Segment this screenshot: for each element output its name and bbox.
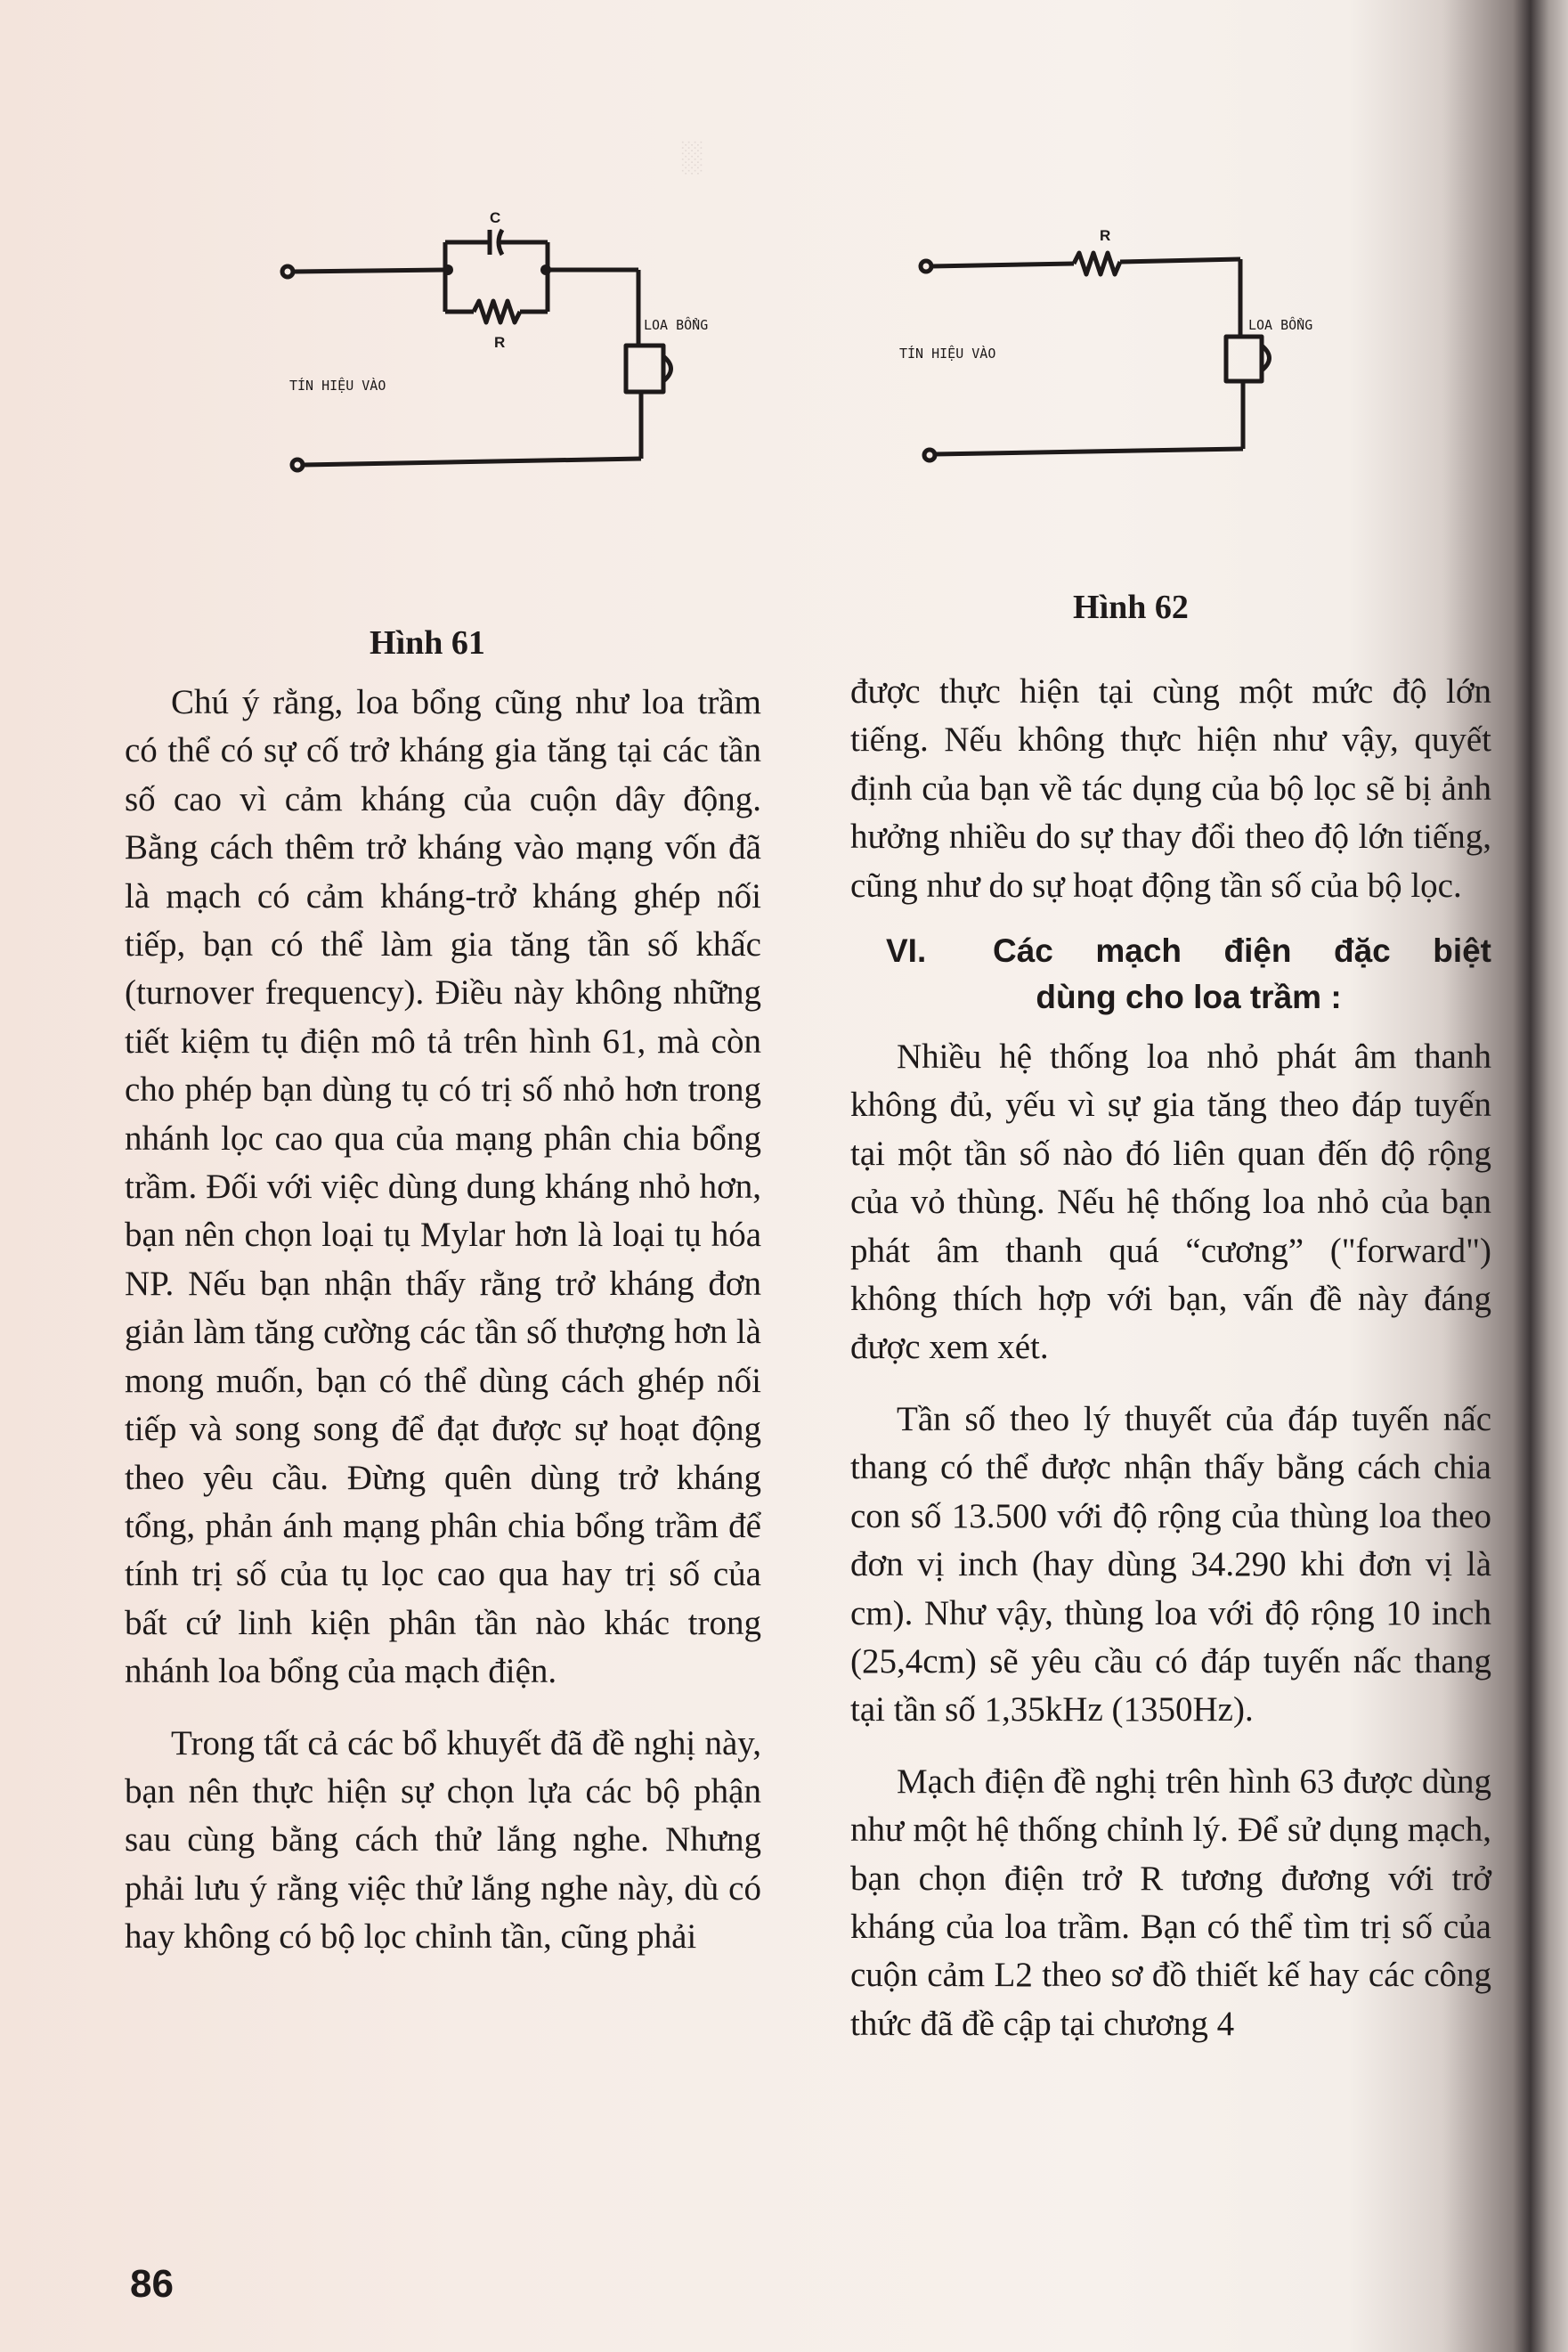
figure-62-diagram: R TÍN HIỆU VÀO LOA BỔNG <box>899 223 1345 490</box>
resistor-label: R <box>494 334 505 351</box>
paragraph: Chú ý rằng, loa bổng cũng như loa trầm c… <box>125 679 761 1697</box>
paragraph-continuation: được thực hiện tại cùng một mức độ lớn t… <box>850 668 1491 910</box>
right-column: được thực hiện tại cùng một mức độ lớn t… <box>850 668 1491 2048</box>
capacitor-label: C <box>490 209 500 226</box>
figure-62-caption: Hình 62 <box>997 588 1264 627</box>
paragraph: Mạch điện đề nghị trên hình 63 được dùng… <box>850 1758 1491 2048</box>
paragraph: Nhiều hệ thống loa nhỏ phát âm thanh khô… <box>850 1033 1491 1372</box>
resistor-label: R <box>1100 227 1110 244</box>
left-column: Chú ý rằng, loa bổng cũng như loa trầm c… <box>125 679 761 1962</box>
section-heading: VI. Các mạch điện đặc biệt <box>850 928 1491 974</box>
page-number: 86 <box>130 2262 174 2307</box>
section-title-line2: dùng cho loa trầm : <box>886 974 1491 1021</box>
input-label: TÍN HIỆU VÀO <box>899 345 995 362</box>
speaker-label: LOA BỔNG <box>1248 316 1312 333</box>
section-number: VI. <box>850 928 993 974</box>
circuit-61-svg: C R TÍN HIỆU VÀO LOA BỔNG <box>267 187 801 508</box>
input-label: TÍN HIỆU VÀO <box>289 377 386 394</box>
figure-61-diagram: C R TÍN HIỆU VÀO LOA BỔNG <box>267 187 801 508</box>
paragraph: Tần số theo lý thuyết của đáp tuyến nấc … <box>850 1396 1491 1735</box>
section-title-line1: Các mạch điện đặc biệt <box>993 928 1491 974</box>
figure-61-caption: Hình 61 <box>294 623 561 663</box>
section-heading-line2: dùng cho loa trầm : <box>850 974 1491 1021</box>
speaker-label: LOA BỔNG <box>644 316 708 333</box>
paragraph: Trong tất cả các bổ khuyết đã đề nghị nà… <box>125 1720 761 1962</box>
circuit-62-svg: R TÍN HIỆU VÀO LOA BỔNG <box>899 223 1345 490</box>
show-through-text: ░ <box>80 134 703 182</box>
